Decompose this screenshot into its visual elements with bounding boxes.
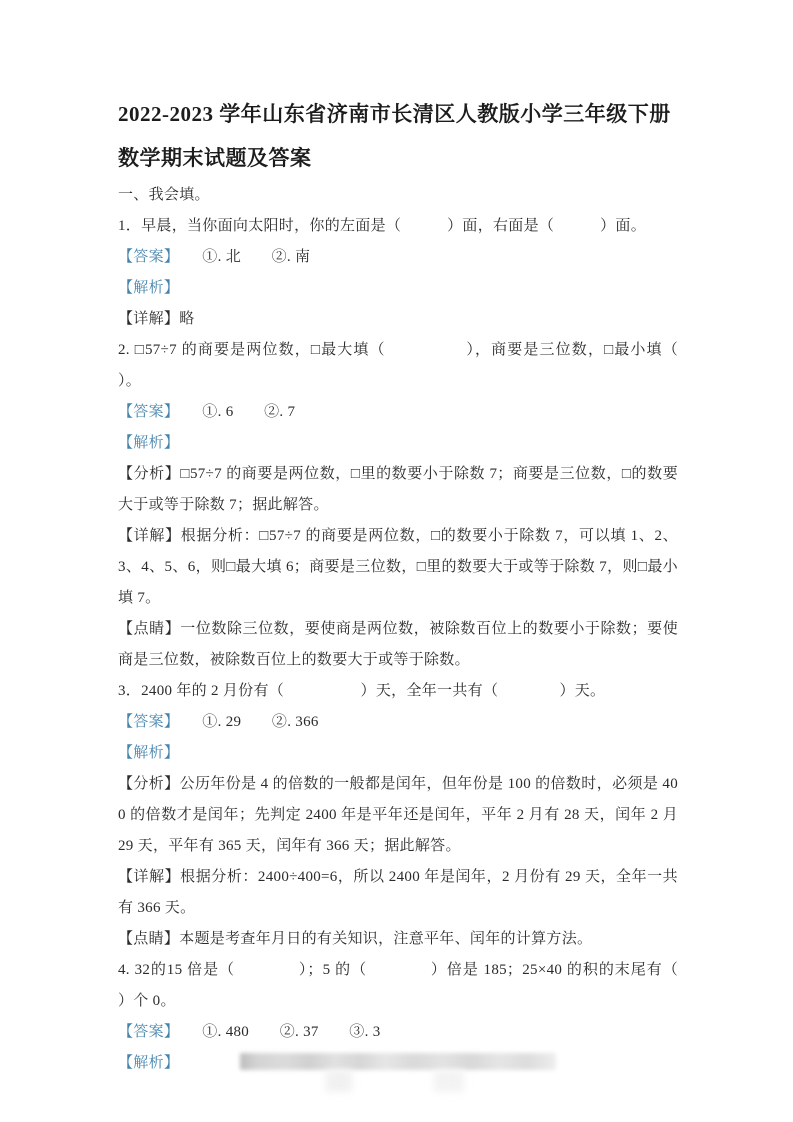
analysis-heading-3-label: 【解析】 — [118, 745, 179, 761]
document-title: 2022-2023 学年山东省济南市长清区人教版小学三年级下册 数学期末试题及答… — [118, 92, 678, 180]
answer-1-values: ①. 北 ②. 南 — [172, 249, 311, 265]
answer-4-values: ①. 480 ②. 37 ③. 3 — [172, 1024, 381, 1040]
watermark-smudge — [326, 1070, 352, 1092]
watermark-blur — [240, 1053, 556, 1070]
analysis-heading-2: 【解析】 — [118, 428, 678, 459]
question-1-text: 1．早晨，当你面向太阳时，你的左面是（ ）面，右面是（ ）面。 — [118, 218, 646, 234]
answer-1: 【答案】 ①. 北 ②. 南 — [118, 242, 678, 273]
tip-2-text: 【点睛】一位数除三位数，要使商是两位数，被除数百位上的数要小于除数；要使商是三位… — [118, 621, 678, 668]
question-4: 4. 32的15 倍是（ ）；5 的（ ）倍是 185；25×40 的积的末尾有… — [118, 955, 678, 1017]
tip-3: 【点睛】本题是考查年月日的有关知识，注意平年、闰年的计算方法。 — [118, 924, 678, 955]
document-content: 2022-2023 学年山东省济南市长清区人教版小学三年级下册 数学期末试题及答… — [118, 92, 678, 1079]
answer-3: 【答案】 ①. 29 ②. 366 — [118, 707, 678, 738]
analysis-3: 【分析】公历年份是 4 的倍数的一般都是闰年，但年份是 100 的倍数时，必须是… — [118, 769, 678, 862]
watermark-smudge — [434, 1070, 464, 1092]
detail-1-text: 【详解】略 — [118, 311, 195, 327]
answer-3-label: 【答案】 — [118, 714, 172, 730]
tip-2: 【点睛】一位数除三位数，要使商是两位数，被除数百位上的数要小于除数；要使商是三位… — [118, 614, 678, 676]
answer-2-values: ①. 6 ②. 7 — [172, 404, 296, 420]
tip-3-text: 【点睛】本题是考查年月日的有关知识，注意平年、闰年的计算方法。 — [118, 931, 592, 947]
answer-4: 【答案】 ①. 480 ②. 37 ③. 3 — [118, 1017, 678, 1048]
answer-4-label: 【答案】 — [118, 1024, 172, 1040]
detail-2: 【详解】根据分析：□57÷7 的商要是两位数，□的数要小于除数 7，可以填 1、… — [118, 521, 678, 614]
detail-2-text: 【详解】根据分析：□57÷7 的商要是两位数，□的数要小于除数 7，可以填 1、… — [118, 528, 678, 606]
question-1: 1．早晨，当你面向太阳时，你的左面是（ ）面，右面是（ ）面。 — [118, 211, 678, 242]
analysis-heading-4-label: 【解析】 — [118, 1055, 179, 1071]
answer-1-label: 【答案】 — [118, 249, 172, 265]
question-2-text: 2. □57÷7 的商要是两位数，□最大填（ ），商要是三位数，□最小填（ ）。 — [118, 342, 739, 389]
question-3-text: 3．2400 年的 2 月份有（ ）天，全年一共有（ ）天。 — [118, 683, 605, 699]
question-2: 2. □57÷7 的商要是两位数，□最大填（ ），商要是三位数，□最小填（ ）。 — [118, 335, 678, 397]
question-3: 3．2400 年的 2 月份有（ ）天，全年一共有（ ）天。 — [118, 676, 678, 707]
analysis-2: 【分析】□57÷7 的商要是两位数，□里的数要小于除数 7；商要是三位数，□的数… — [118, 459, 678, 521]
analysis-heading-2-label: 【解析】 — [118, 435, 179, 451]
detail-3: 【详解】根据分析：2400÷400=6，所以 2400 年是闰年，2 月份有 2… — [118, 862, 678, 924]
answer-3-values: ①. 29 ②. 366 — [172, 714, 319, 730]
answer-2-label: 【答案】 — [118, 404, 172, 420]
analysis-heading-1-label: 【解析】 — [118, 280, 179, 296]
document-page: 2022-2023 学年山东省济南市长清区人教版小学三年级下册 数学期末试题及答… — [0, 0, 793, 1122]
detail-3-text: 【详解】根据分析：2400÷400=6，所以 2400 年是闰年，2 月份有 2… — [118, 869, 678, 916]
analysis-3-text: 【分析】公历年份是 4 的倍数的一般都是闰年，但年份是 100 的倍数时，必须是… — [118, 776, 678, 854]
question-4-text: 4. 32的15 倍是（ ）；5 的（ ）倍是 185；25×40 的积的末尾有… — [118, 962, 739, 1009]
section-heading: 一、我会填。 — [118, 180, 678, 211]
analysis-heading-1: 【解析】 — [118, 273, 678, 304]
answer-2: 【答案】 ①. 6 ②. 7 — [118, 397, 678, 428]
analysis-2-text: 【分析】□57÷7 的商要是两位数，□里的数要小于除数 7；商要是三位数，□的数… — [118, 466, 678, 513]
document-title-line-1: 2022-2023 学年山东省济南市长清区人教版小学三年级下册 — [118, 92, 678, 136]
detail-1: 【详解】略 — [118, 304, 678, 335]
document-title-line-2: 数学期末试题及答案 — [118, 136, 678, 180]
analysis-heading-3: 【解析】 — [118, 738, 678, 769]
section-heading-text: 一、我会填。 — [118, 187, 210, 203]
